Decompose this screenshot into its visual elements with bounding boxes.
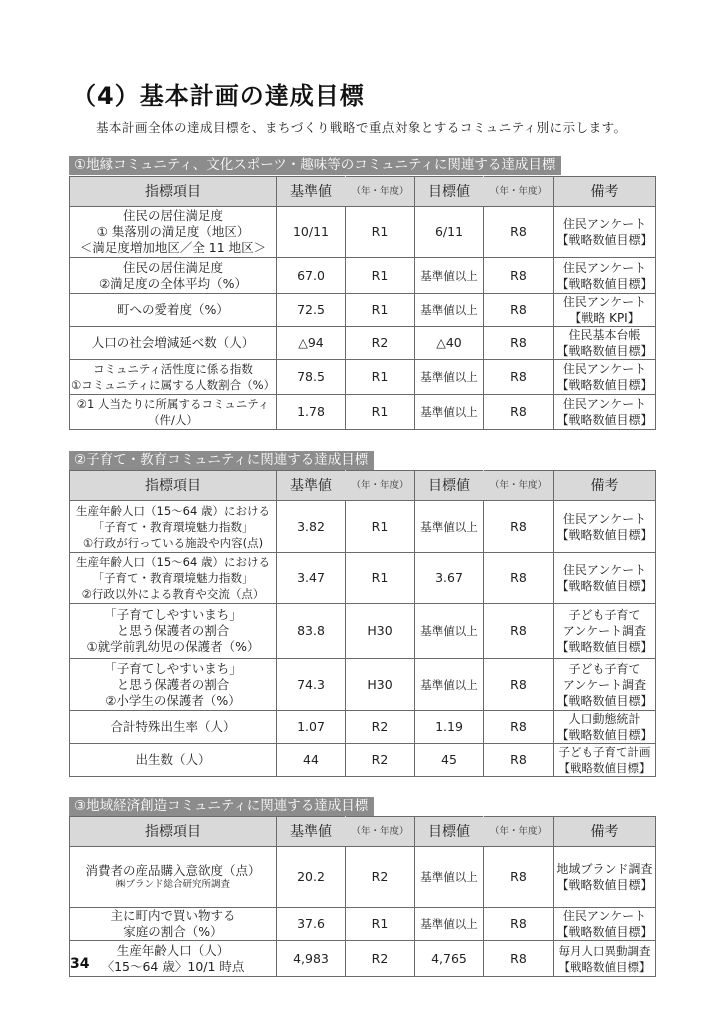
cell-item: 出生数（人）	[70, 744, 277, 777]
header-target-value: 目標値	[415, 177, 484, 207]
cell-item: 消費者の産品購入意欲度（点） ㈱ブランド総合研究所調査	[70, 847, 277, 908]
cell-item: コミュニティ活性度に係る指数 ①コミュニティに属する人数割合（%）	[70, 360, 277, 395]
cell-note: 子ども子育て アンケート調査 【戦略数値目標】	[554, 604, 656, 659]
cell-target-year: R8	[484, 744, 554, 777]
header-note: 備考	[554, 177, 656, 207]
goals-table-2: 指標項目 基準値 （年・年度） 目標値 （年・年度） 備考 生産年齢人口（15～…	[69, 470, 656, 777]
cell-note: 住民アンケート 【戦略数値目標】	[554, 908, 656, 941]
cell-base-value: 83.8	[277, 604, 346, 659]
cell-base-value: △94	[277, 327, 346, 360]
header-base-value: 基準値	[277, 817, 346, 847]
table-row: 生産年齢人口（人） 〈15～64 歳〉10/1 時点 4,983 R2 4,76…	[70, 941, 656, 977]
cell-base-value: 1.78	[277, 395, 346, 430]
cell-target-value: 基準値以上	[415, 294, 484, 327]
cell-target-value: 45	[415, 744, 484, 777]
header-target-year: （年・年度）	[484, 177, 554, 207]
cell-base-value: 74.3	[277, 659, 346, 711]
table-row: ②1 人当たりに所属するコミュニティ （件/人） 1.78 R1 基準値以上 R…	[70, 395, 656, 430]
page-title: （4）基本計画の達成目標	[72, 76, 365, 111]
header-note: 備考	[554, 817, 656, 847]
cell-target-value: 基準値以上	[415, 395, 484, 430]
cell-base-value: 37.6	[277, 908, 346, 941]
cell-base-value: 72.5	[277, 294, 346, 327]
cell-item: 「子育てしやすいまち」 と思う保護者の割合 ①就学前乳幼児の保護者（%）	[70, 604, 277, 659]
goals-table-1: 指標項目 基準値 （年・年度） 目標値 （年・年度） 備考 住民の居住満足度 ①…	[69, 176, 656, 430]
cell-note: 人口動態統計 【戦略数値目標】	[554, 711, 656, 744]
cell-target-value: 3.67	[415, 553, 484, 604]
page-number: 34	[70, 956, 89, 972]
table-row: 消費者の産品購入意欲度（点） ㈱ブランド総合研究所調査 20.2 R2 基準値以…	[70, 847, 656, 908]
table-row: 生産年齢人口（15～64 歳）における 「子育て・教育環境魅力指数」 ①行政が行…	[70, 501, 656, 553]
header-item: 指標項目	[70, 177, 277, 207]
cell-target-value: 基準値以上	[415, 847, 484, 908]
table-row: コミュニティ活性度に係る指数 ①コミュニティに属する人数割合（%） 78.5 R…	[70, 360, 656, 395]
cell-note: 住民アンケート 【戦略数値目標】	[554, 553, 656, 604]
cell-base-value: 44	[277, 744, 346, 777]
cell-note: 子ども子育て アンケート調査 【戦略数値目標】	[554, 659, 656, 711]
cell-base-value: 1.07	[277, 711, 346, 744]
cell-base-year: H30	[346, 604, 415, 659]
table-row: 住民の居住満足度 ②満足度の全体平均（%） 67.0 R1 基準値以上 R8 住…	[70, 258, 656, 294]
cell-target-value: 基準値以上	[415, 360, 484, 395]
header-target-value: 目標値	[415, 817, 484, 847]
table-row: 出生数（人） 44 R2 45 R8 子ども子育て計画 【戦略数値目標】	[70, 744, 656, 777]
cell-note: 子ども子育て計画 【戦略数値目標】	[554, 744, 656, 777]
cell-target-year: R8	[484, 258, 554, 294]
cell-item: 主に町内で買い物する 家庭の割合（%）	[70, 908, 277, 941]
table-row: 「子育てしやすいまち」 と思う保護者の割合 ②小学生の保護者（%） 74.3 H…	[70, 659, 656, 711]
cell-item: 生産年齢人口（15～64 歳）における 「子育て・教育環境魅力指数」 ②行政以外…	[70, 553, 277, 604]
cell-target-value: 基準値以上	[415, 604, 484, 659]
table-row: 「子育てしやすいまち」 と思う保護者の割合 ①就学前乳幼児の保護者（%） 83.…	[70, 604, 656, 659]
header-note: 備考	[554, 471, 656, 501]
table-header-row: 指標項目 基準値 （年・年度） 目標値 （年・年度） 備考	[70, 177, 656, 207]
header-item: 指標項目	[70, 471, 277, 501]
table-row: 生産年齢人口（15～64 歳）における 「子育て・教育環境魅力指数」 ②行政以外…	[70, 553, 656, 604]
cell-base-value: 10/11	[277, 207, 346, 258]
cell-target-year: R8	[484, 294, 554, 327]
cell-note: 住民アンケート 【戦略数値目標】	[554, 207, 656, 258]
cell-base-year: R2	[346, 847, 415, 908]
cell-base-year: R1	[346, 258, 415, 294]
header-base-year: （年・年度）	[346, 817, 415, 847]
table-row: 住民の居住満足度 ① 集落別の満足度（地区） ＜満足度増加地区／全 11 地区＞…	[70, 207, 656, 258]
cell-target-year: R8	[484, 908, 554, 941]
header-item: 指標項目	[70, 817, 277, 847]
header-target-year: （年・年度）	[484, 471, 554, 501]
cell-base-year: R2	[346, 744, 415, 777]
goals-table-3: 指標項目 基準値 （年・年度） 目標値 （年・年度） 備考 消費者の産品購入意欲…	[69, 816, 656, 977]
cell-base-year: H30	[346, 659, 415, 711]
cell-target-value: 基準値以上	[415, 258, 484, 294]
cell-base-year: R1	[346, 207, 415, 258]
cell-item: 「子育てしやすいまち」 と思う保護者の割合 ②小学生の保護者（%）	[70, 659, 277, 711]
table-row: 合計特殊出生率（人） 1.07 R2 1.19 R8 人口動態統計 【戦略数値目…	[70, 711, 656, 744]
table-row: 主に町内で買い物する 家庭の割合（%） 37.6 R1 基準値以上 R8 住民ア…	[70, 908, 656, 941]
cell-item: 合計特殊出生率（人）	[70, 711, 277, 744]
cell-target-year: R8	[484, 847, 554, 908]
cell-target-year: R8	[484, 395, 554, 430]
cell-item-main: 消費者の産品購入意欲度（点）	[85, 863, 260, 878]
cell-note: 住民アンケート 【戦略 KPI】	[554, 294, 656, 327]
header-target-year: （年・年度）	[484, 817, 554, 847]
cell-base-year: R1	[346, 908, 415, 941]
section-title-1: ①地縁コミュニティ、文化スポーツ・趣味等のコミュニティに関連する達成目標	[69, 156, 561, 175]
table-header-row: 指標項目 基準値 （年・年度） 目標値 （年・年度） 備考	[70, 471, 656, 501]
cell-base-year: R2	[346, 711, 415, 744]
cell-note: 地域ブランド調査 【戦略数値目標】	[554, 847, 656, 908]
cell-target-year: R8	[484, 604, 554, 659]
cell-item: 町への愛着度（%）	[70, 294, 277, 327]
cell-base-value: 20.2	[277, 847, 346, 908]
cell-base-year: R2	[346, 941, 415, 977]
cell-item: 生産年齢人口（15～64 歳）における 「子育て・教育環境魅力指数」 ①行政が行…	[70, 501, 277, 553]
cell-item: 人口の社会増減延べ数（人）	[70, 327, 277, 360]
section-title-3: ③地域経済創造コミュニティに関連する達成目標	[69, 797, 374, 816]
cell-note: 毎月人口異動調査 【戦略数値目標】	[554, 941, 656, 977]
header-target-value: 目標値	[415, 471, 484, 501]
cell-target-year: R8	[484, 327, 554, 360]
cell-target-year: R8	[484, 207, 554, 258]
cell-note: 住民アンケート 【戦略数値目標】	[554, 501, 656, 553]
cell-base-value: 4,983	[277, 941, 346, 977]
intro-text: 基本計画全体の達成目標を、まちづくり戦略で重点対象とするコミュニティ別に示します…	[96, 118, 627, 136]
cell-base-value: 78.5	[277, 360, 346, 395]
cell-base-value: 3.47	[277, 553, 346, 604]
cell-note: 住民アンケート 【戦略数値目標】	[554, 258, 656, 294]
cell-base-year: R2	[346, 327, 415, 360]
cell-item: 住民の居住満足度 ②満足度の全体平均（%）	[70, 258, 277, 294]
cell-base-year: R1	[346, 395, 415, 430]
cell-item: 生産年齢人口（人） 〈15～64 歳〉10/1 時点	[70, 941, 277, 977]
cell-target-year: R8	[484, 711, 554, 744]
cell-item: ②1 人当たりに所属するコミュニティ （件/人）	[70, 395, 277, 430]
cell-target-value: 1.19	[415, 711, 484, 744]
section-title-2: ②子育て・教育コミュニティに関連する達成目標	[69, 451, 374, 470]
cell-target-year: R8	[484, 553, 554, 604]
header-base-value: 基準値	[277, 177, 346, 207]
cell-base-value: 3.82	[277, 501, 346, 553]
cell-target-value: △40	[415, 327, 484, 360]
cell-note: 住民アンケート 【戦略数値目標】	[554, 395, 656, 430]
cell-target-value: 基準値以上	[415, 501, 484, 553]
cell-note: 住民アンケート 【戦略数値目標】	[554, 360, 656, 395]
table-row: 人口の社会増減延べ数（人） △94 R2 △40 R8 住民基本台帳 【戦略数値…	[70, 327, 656, 360]
cell-base-year: R1	[346, 553, 415, 604]
cell-target-value: 4,765	[415, 941, 484, 977]
cell-target-value: 6/11	[415, 207, 484, 258]
cell-base-year: R1	[346, 501, 415, 553]
cell-note: 住民基本台帳 【戦略数値目標】	[554, 327, 656, 360]
cell-target-year: R8	[484, 659, 554, 711]
cell-target-year: R8	[484, 360, 554, 395]
header-base-value: 基準値	[277, 471, 346, 501]
cell-base-year: R1	[346, 294, 415, 327]
cell-target-year: R8	[484, 501, 554, 553]
cell-target-year: R8	[484, 941, 554, 977]
cell-target-value: 基準値以上	[415, 659, 484, 711]
cell-base-year: R1	[346, 360, 415, 395]
table-row: 町への愛着度（%） 72.5 R1 基準値以上 R8 住民アンケート 【戦略 K…	[70, 294, 656, 327]
header-base-year: （年・年度）	[346, 471, 415, 501]
header-base-year: （年・年度）	[346, 177, 415, 207]
table-header-row: 指標項目 基準値 （年・年度） 目標値 （年・年度） 備考	[70, 817, 656, 847]
cell-item: 住民の居住満足度 ① 集落別の満足度（地区） ＜満足度増加地区／全 11 地区＞	[70, 207, 277, 258]
cell-base-value: 67.0	[277, 258, 346, 294]
cell-item-sub: ㈱ブランド総合研究所調査	[71, 879, 275, 891]
cell-target-value: 基準値以上	[415, 908, 484, 941]
